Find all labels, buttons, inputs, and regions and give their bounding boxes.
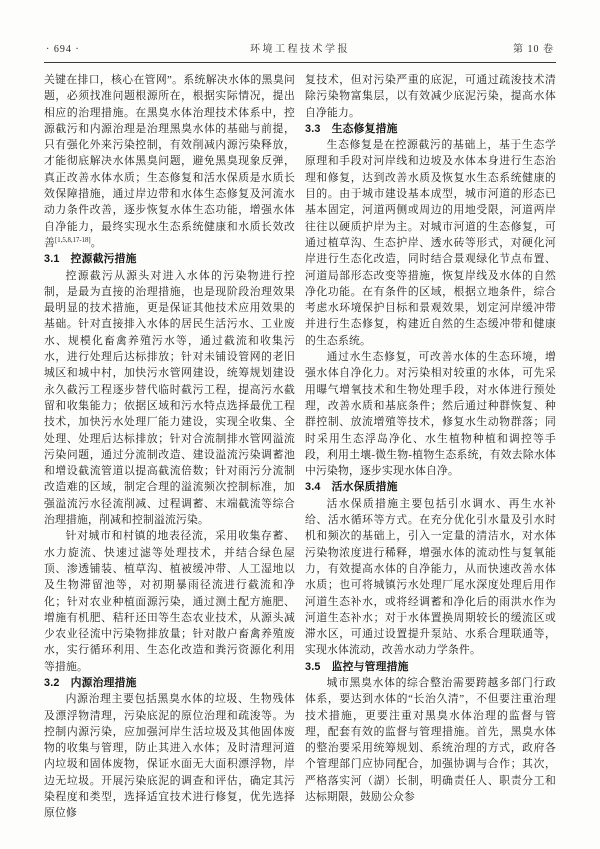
page-number: · 694 · [46,44,126,55]
journal-page: · 694 · 环境工程技术学报 第 10 卷 关键在排口，核心在管网”。系统解… [0,0,600,849]
paragraph-text: 关键在排口，核心在管网”。系统解决水体的黑臭问题，必须找准问题根源所在，根据实际… [44,74,295,249]
paragraph: 内源治理主要包括黑臭水体的垃圾、生物残体及漂浮物清理，污染底泥的原位治理和疏浚等… [44,691,295,821]
paragraph: 城市黑臭水体的综合整治需要跨越多部门行政体系，要达到水体的“长治久清”，不但要注… [305,675,556,805]
paragraph: 生态修复是在控源截污的基础上，基于生态学原理和手段对河岸线和边坡及水体本身进行生… [305,137,556,349]
section-heading-3-2: 3.2 内源治理措施 [44,675,295,691]
column-left: 关键在排口，核心在管网”。系统解决水体的黑臭问题，必须找准问题根源所在，根据实际… [44,72,295,822]
volume-label: 第 10 卷 [474,40,554,55]
journal-title: 环境工程技术学报 [126,40,474,55]
content-columns: 关键在排口，核心在管网”。系统解决水体的黑臭问题，必须找准问题根源所在，根据实际… [44,72,556,822]
running-head: · 694 · 环境工程技术学报 第 10 卷 [44,40,556,55]
paragraph-text: 。 [91,237,102,249]
section-heading-3-5: 3.5 监控与管理措施 [305,659,556,675]
paragraph-continued: 关键在排口，核心在管网”。系统解决水体的黑臭问题，必须找准问题根源所在，根据实际… [44,72,295,251]
paragraph: 通过水生态修复，可改善水体的生态环境，增强水体自净化力。对污染相对较重的水体，可… [305,349,556,479]
section-heading-3-3: 3.3 生态修复措施 [305,121,556,137]
paragraph: 针对城市和村镇的地表径流，采用收集存蓄、水力旋流、快速过滤等处理技术，并结合绿色… [44,528,295,675]
citation-superscript: [1,5,8,17-18] [55,237,91,244]
section-heading-3-1: 3.1 控源截污措施 [44,251,295,267]
paragraph-continued: 复技术，但对污染严重的底泥，可通过疏浚技术清除污染物富集层，以有效减少底泥污染，… [305,72,556,121]
section-heading-3-4: 3.4 活水保质措施 [305,479,556,495]
paragraph: 控源截污从源头对进入水体的污染物进行控制，是最为直接的治理措施，也是现阶段治理效… [44,268,295,529]
header-rule [44,62,556,63]
paragraph: 活水保质措施主要包括引水调水、再生水补给、活水循环等方式。在充分优化引水量及引水… [305,496,556,659]
column-right: 复技术，但对污染严重的底泥，可通过疏浚技术清除污染物富集层，以有效减少底泥污染，… [305,72,556,822]
